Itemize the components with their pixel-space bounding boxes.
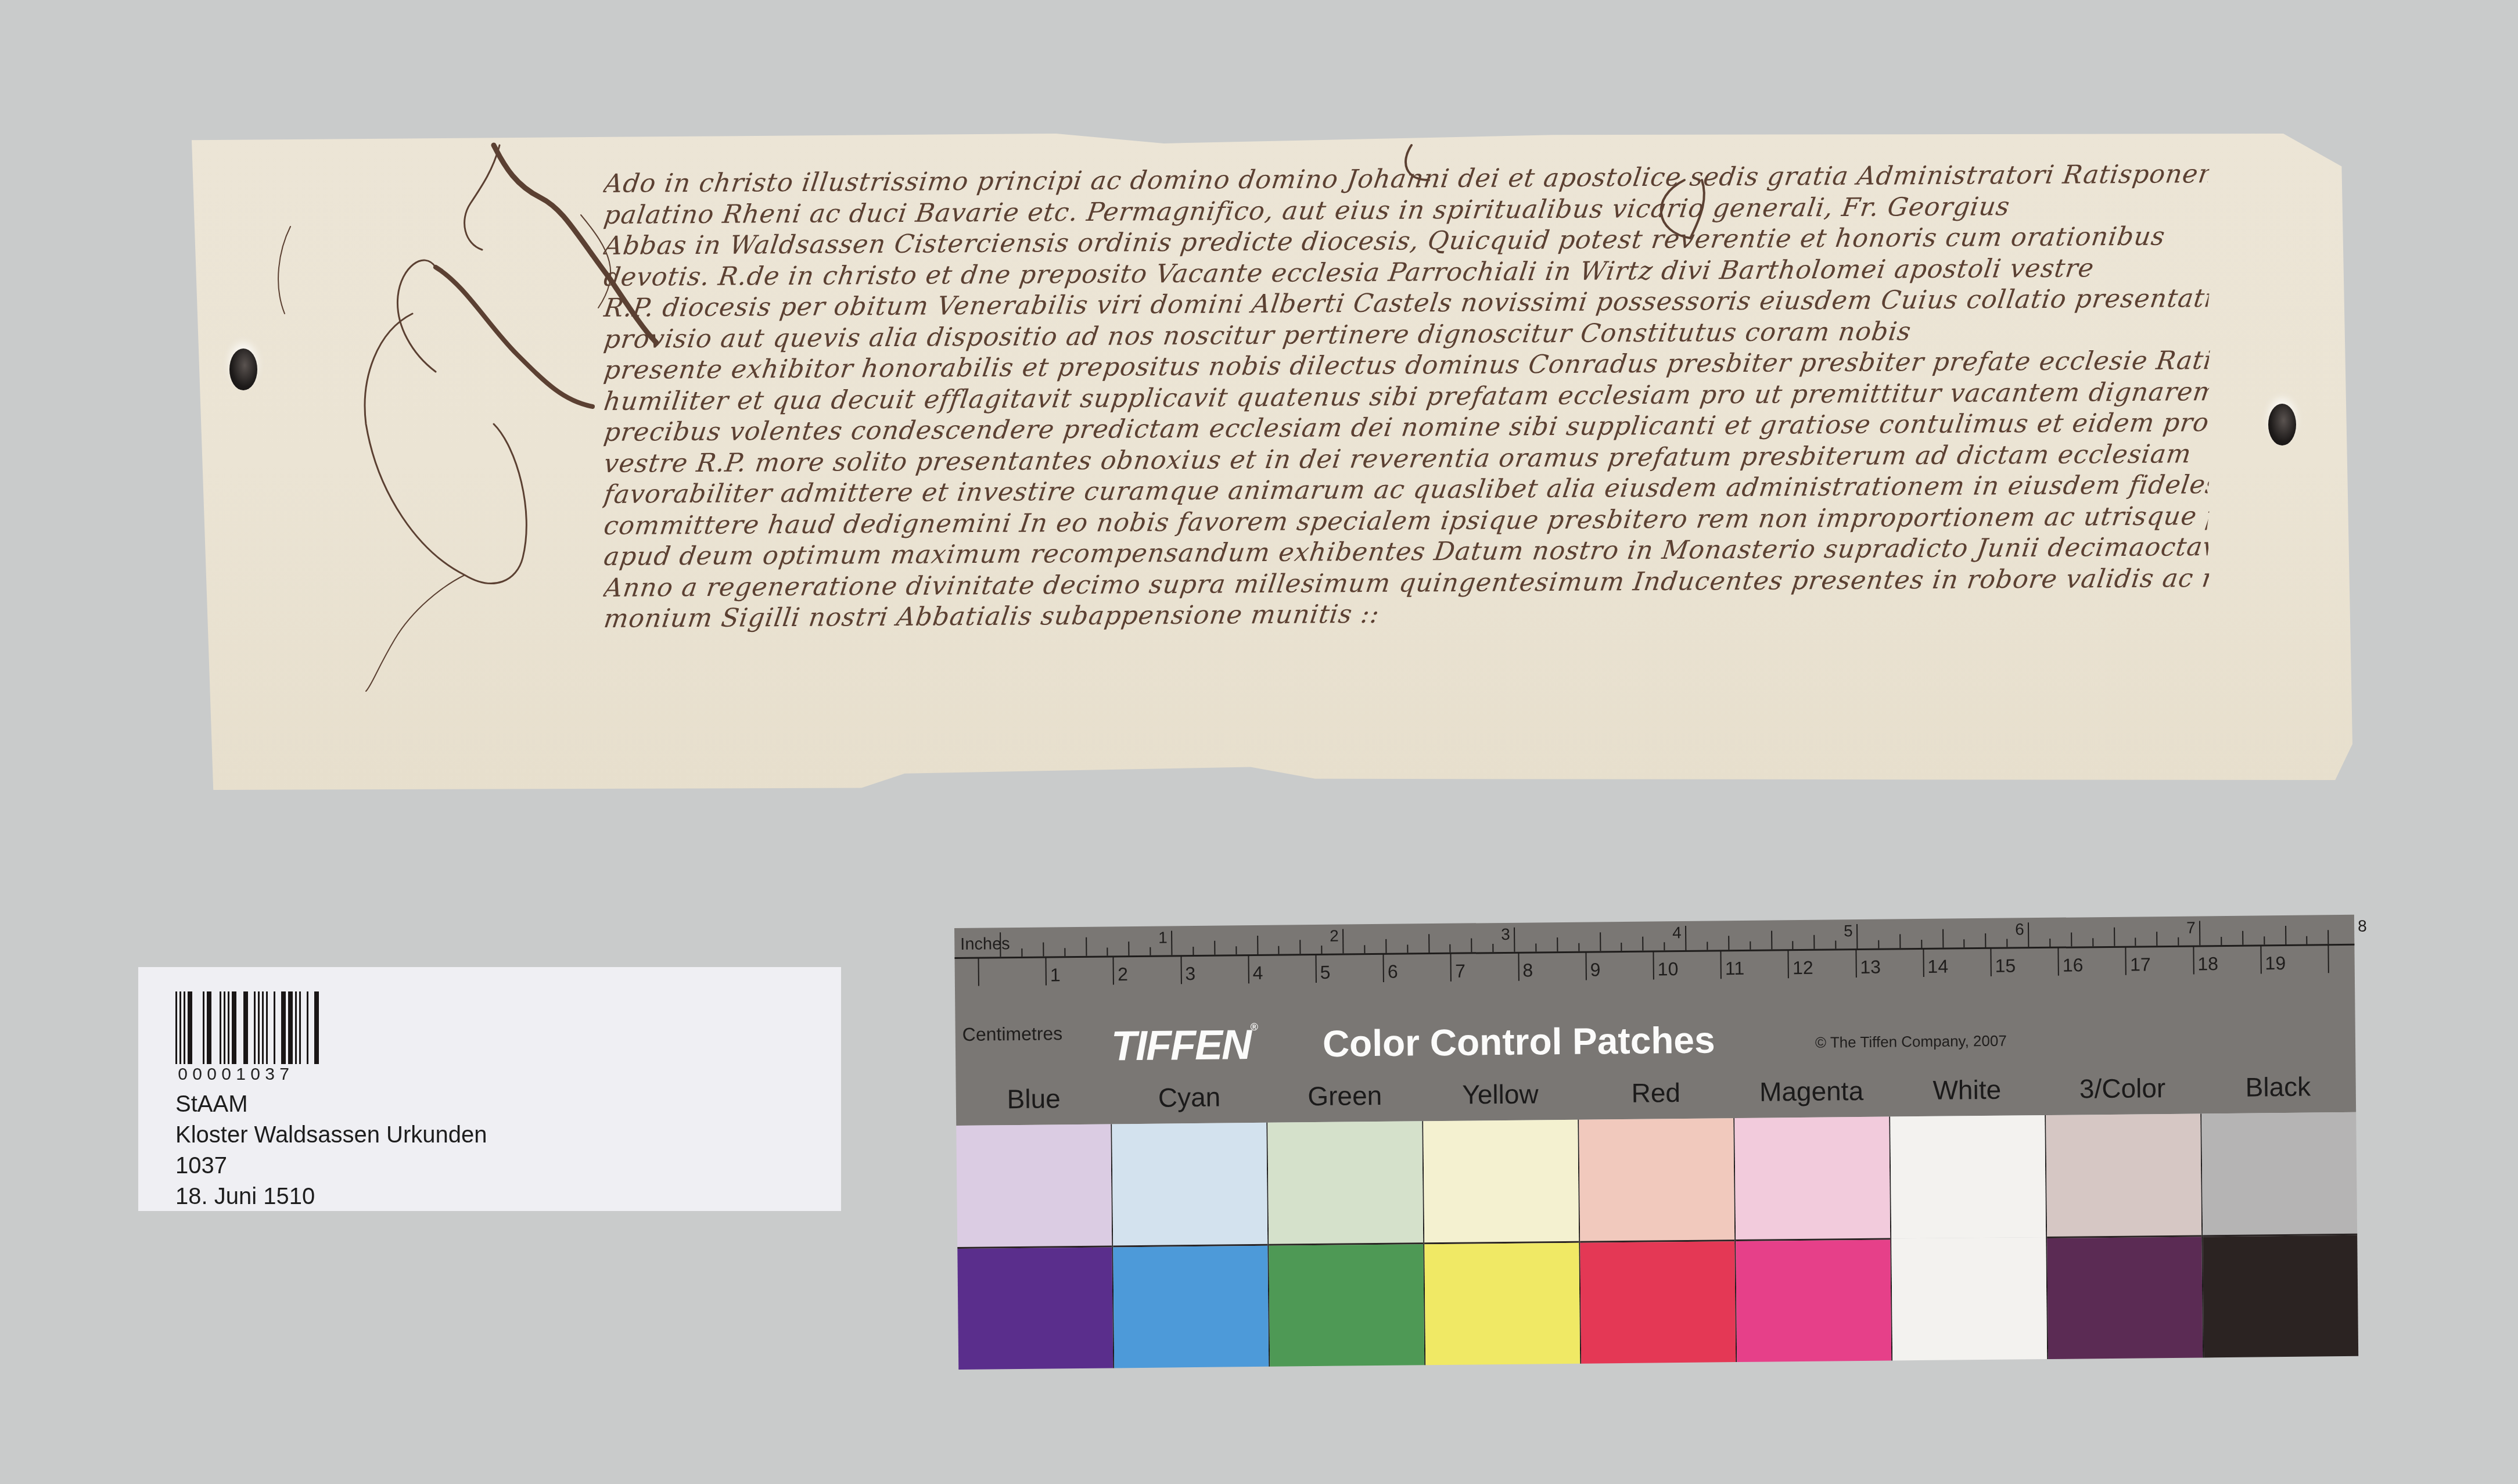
inch-tick xyxy=(1664,942,1665,950)
punch-hole-left xyxy=(229,348,257,390)
cm-tick xyxy=(1046,957,1047,985)
cm-tick xyxy=(978,958,979,986)
cm-tick xyxy=(1315,955,1316,983)
cm-tick xyxy=(1720,951,1722,979)
inch-tick xyxy=(1728,936,1729,950)
inch-tick xyxy=(1342,929,1344,954)
cm-tick xyxy=(1180,956,1181,984)
inch-number: 2 xyxy=(1330,927,1339,946)
label-date: 18. Juni 1510 xyxy=(175,1181,487,1212)
patch-column xyxy=(1267,1121,1425,1367)
patch-label-blue: Blue xyxy=(956,1082,1112,1115)
inch-tick xyxy=(1257,936,1258,954)
inch-tick xyxy=(1600,932,1601,951)
patch-dark xyxy=(2047,1237,2203,1359)
inch-tick xyxy=(1535,943,1536,951)
barcode xyxy=(175,991,321,1064)
inch-tick xyxy=(2178,937,2179,946)
barcode-digit: 1 xyxy=(234,1065,248,1084)
cm-number: 18 xyxy=(2197,953,2218,975)
inch-tick xyxy=(1150,947,1151,955)
inch-tick xyxy=(2221,937,2222,945)
cm-number: 5 xyxy=(1320,962,1331,983)
inch-tick xyxy=(1707,942,1708,950)
patch-light xyxy=(2201,1112,2357,1237)
inch-tick xyxy=(1171,930,1172,955)
patch-label-yellow: Yellow xyxy=(1423,1078,1578,1111)
inch-tick xyxy=(1128,942,1129,955)
tiffen-color-chart: Inches 123456781234567891011121314151617… xyxy=(954,915,2358,1370)
inch-tick xyxy=(2156,932,2157,946)
cm-number: 16 xyxy=(2063,954,2084,976)
cm-tick xyxy=(2327,945,2329,973)
patch-column xyxy=(1423,1120,1581,1366)
inch-tick xyxy=(2327,930,2329,944)
inch-tick xyxy=(1321,946,1322,954)
barcode-digit: 0 xyxy=(175,1065,190,1084)
inch-number: 4 xyxy=(1672,924,1682,942)
cm-number: 13 xyxy=(1860,957,1881,978)
patch-dark xyxy=(1891,1237,2047,1361)
archive-label: 0 0 0 0 1 0 3 7 StAAM Kloster Waldsassen… xyxy=(138,967,841,1211)
inch-tick xyxy=(1000,932,1001,957)
barcode-digit: 7 xyxy=(277,1065,292,1084)
inch-tick xyxy=(2307,936,2308,944)
cm-number: 12 xyxy=(1793,957,1813,979)
cm-tick xyxy=(1450,954,1452,982)
patch-light xyxy=(2046,1113,2201,1238)
barcode-digit: 0 xyxy=(219,1065,234,1084)
inch-tick xyxy=(1899,934,1901,948)
inch-tick xyxy=(1750,942,1751,950)
patch-column xyxy=(1734,1117,1892,1363)
cm-number: 6 xyxy=(1388,961,1398,983)
cm-tick xyxy=(1855,950,1856,978)
barcode-digit: 3 xyxy=(263,1065,277,1084)
inch-tick xyxy=(1107,947,1108,955)
inch-number: 5 xyxy=(1844,922,1853,940)
brand-name: TIFFEN xyxy=(1111,1022,1251,1069)
patch-light xyxy=(956,1124,1112,1248)
inch-tick xyxy=(1192,947,1194,955)
inch-tick xyxy=(1964,939,1965,947)
inch-tick xyxy=(1557,937,1558,951)
inch-tick xyxy=(1642,937,1643,951)
patch-dark xyxy=(957,1247,1113,1370)
patch-label-3-color: 3/Color xyxy=(2045,1072,2200,1105)
cm-tick xyxy=(2125,947,2127,975)
inch-tick xyxy=(1364,945,1365,953)
patch-label-white: White xyxy=(1889,1073,2045,1106)
cm-number: 1 xyxy=(1050,964,1061,986)
cm-number: 8 xyxy=(1522,960,1533,981)
inch-tick xyxy=(2049,939,2050,947)
barcode-digit: 0 xyxy=(204,1065,219,1084)
cm-number: 11 xyxy=(1725,958,1745,979)
cm-number: 10 xyxy=(1658,958,1679,980)
patch-label-green: Green xyxy=(1267,1079,1423,1112)
cm-tick xyxy=(1383,954,1384,982)
inch-tick xyxy=(2242,931,2243,945)
cm-number: 2 xyxy=(1118,964,1128,985)
patch-column xyxy=(2046,1113,2204,1359)
inch-tick xyxy=(1514,928,1515,952)
inch-tick xyxy=(1621,943,1622,951)
chart-title: Color Control Patches xyxy=(1323,1018,1715,1065)
inch-tick xyxy=(1878,940,1879,948)
inch-tick xyxy=(1235,946,1237,954)
inch-number: 8 xyxy=(2358,917,2367,936)
inch-tick xyxy=(1428,934,1429,953)
cm-tick xyxy=(1990,948,1991,976)
barcode-digit: 0 xyxy=(248,1065,263,1084)
inch-tick xyxy=(1942,929,1944,948)
ruler-ticks: 1234567812345678910111213141516171819 xyxy=(954,915,2354,928)
cm-number: 17 xyxy=(2130,954,2151,975)
patch-column xyxy=(1112,1123,1270,1368)
patch-label-red: Red xyxy=(1578,1076,1734,1109)
barcode-number: 0 0 0 0 1 0 3 7 xyxy=(175,1065,292,1084)
inch-tick xyxy=(1385,939,1386,953)
inch-tick xyxy=(1299,940,1301,954)
cm-number: 19 xyxy=(2265,953,2286,974)
inch-tick xyxy=(2264,936,2265,944)
inch-tick xyxy=(1407,945,1408,953)
patch-dark xyxy=(1736,1239,1891,1362)
inch-tick xyxy=(2199,921,2200,945)
inch-tick xyxy=(1471,938,1472,952)
cm-tick xyxy=(2260,946,2261,973)
inch-tick xyxy=(1793,941,1794,949)
cm-number: 3 xyxy=(1185,963,1195,984)
cm-tick xyxy=(1248,955,1249,983)
inch-number: 1 xyxy=(1158,928,1168,947)
inch-tick xyxy=(2092,938,2093,946)
cm-tick xyxy=(2058,948,2059,976)
tiffen-logo: TIFFEN® xyxy=(1111,1021,1258,1070)
cm-tick xyxy=(1585,953,1586,980)
cm-number: 14 xyxy=(1927,956,1948,978)
patch-dark xyxy=(2203,1235,2358,1357)
cm-number: 15 xyxy=(1995,955,2016,976)
inch-tick xyxy=(1086,937,1087,956)
inch-tick xyxy=(1043,943,1044,957)
patch-light xyxy=(1579,1118,1734,1242)
centimetres-label: Centimetres xyxy=(962,1023,1063,1045)
inch-tick xyxy=(2135,937,2136,946)
inch-tick xyxy=(2071,933,2072,947)
patch-light xyxy=(1734,1117,1890,1241)
inch-number: 7 xyxy=(2186,918,2196,937)
inch-number: 3 xyxy=(1501,925,1510,944)
inch-tick xyxy=(1021,948,1022,957)
patch-labels: BlueCyanGreenYellowRedMagentaWhite3/Colo… xyxy=(956,1070,2356,1115)
inch-tick xyxy=(1771,930,1772,949)
cm-tick xyxy=(1518,953,1519,981)
patch-column xyxy=(2201,1112,2358,1358)
inch-tick xyxy=(1450,944,1451,953)
inch-tick xyxy=(1492,944,1493,952)
cm-tick xyxy=(1653,951,1654,979)
patch-label-cyan: Cyan xyxy=(1111,1081,1267,1114)
cm-tick xyxy=(2193,947,2194,975)
ruler-panel: Inches 123456781234567891011121314151617… xyxy=(954,915,2356,1126)
patch-label-black: Black xyxy=(2200,1070,2356,1104)
inches-label: Inches xyxy=(960,935,1010,954)
patch-label-magenta: Magenta xyxy=(1733,1075,1889,1108)
patch-light xyxy=(1423,1120,1579,1244)
cm-tick xyxy=(1113,957,1114,984)
barcode-digit: 0 xyxy=(190,1065,204,1084)
inch-tick xyxy=(1921,940,1922,948)
punch-hole-right xyxy=(2268,404,2296,445)
patch-dark xyxy=(1269,1244,1424,1367)
color-patches xyxy=(956,1112,2358,1370)
inch-tick xyxy=(2285,926,2286,944)
inch-tick xyxy=(1278,946,1280,954)
inch-tick xyxy=(2114,928,2115,946)
registered-mark: ® xyxy=(1251,1021,1257,1033)
inch-tick xyxy=(1685,926,1686,950)
cm-tick xyxy=(1788,950,1789,978)
patch-dark xyxy=(1580,1241,1736,1364)
inch-tick xyxy=(1835,940,1836,948)
patch-column xyxy=(1890,1115,2048,1361)
inch-tick xyxy=(1813,935,1815,949)
copyright-notice: © The Tiffen Company, 2007 xyxy=(1815,1032,2007,1052)
patch-column xyxy=(956,1124,1114,1370)
inch-tick xyxy=(1578,943,1579,951)
inch-tick xyxy=(1064,948,1065,956)
patch-dark xyxy=(1424,1242,1580,1365)
cm-tick xyxy=(1923,949,1924,977)
patch-light xyxy=(1267,1121,1423,1245)
manuscript-text: Ado in christo illustrissimo principi ac… xyxy=(604,168,2207,635)
inch-tick xyxy=(1856,924,1858,948)
inch-tick xyxy=(1985,933,1986,947)
inch-tick xyxy=(2006,939,2007,947)
patch-light xyxy=(1112,1123,1267,1247)
label-collection: Kloster Waldsassen Urkunden xyxy=(175,1120,487,1151)
patch-light xyxy=(1890,1115,2046,1239)
inch-tick xyxy=(1214,941,1215,955)
inch-tick xyxy=(2028,922,2029,947)
inch-number: 6 xyxy=(2015,920,2024,939)
cm-number: 7 xyxy=(1455,961,1465,982)
label-institution: StAAM xyxy=(175,1089,487,1120)
patch-column xyxy=(1579,1118,1737,1364)
cm-number: 4 xyxy=(1252,962,1263,984)
label-number: 1037 xyxy=(175,1151,487,1181)
patch-dark xyxy=(1113,1245,1269,1368)
cm-number: 9 xyxy=(1590,959,1600,980)
